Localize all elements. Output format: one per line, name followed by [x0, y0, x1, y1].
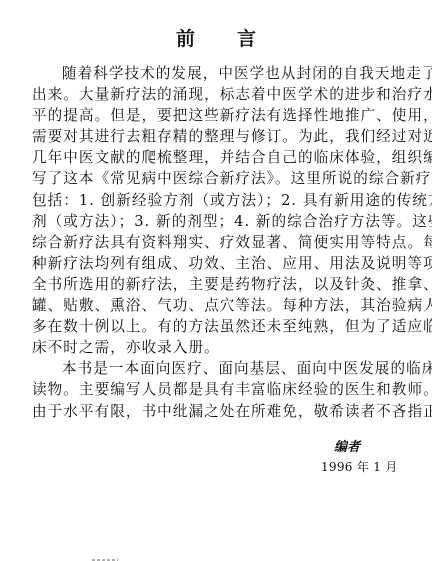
document-page: 前言 随着科学技术的发展，中医学也从封闭的自我天地走了 出来。大量新疗法的涌现，…	[0, 0, 432, 561]
paragraph-1: 随着科学技术的发展，中医学也从封闭的自我天地走了 出来。大量新疗法的涌现，标志着…	[32, 63, 394, 358]
preface-body: 随着科学技术的发展，中医学也从封闭的自我天地走了 出来。大量新疗法的涌现，标志着…	[32, 63, 394, 422]
title-char-1: 前	[176, 24, 195, 51]
text-line: 床不时之需，亦收录入册。	[32, 337, 394, 358]
text-line: 包括：1. 创新经验方剂（或方法）；2. 具有新用途的传统方	[32, 190, 394, 211]
text-line: 写了这本《常见病中医综合新疗法》。这里所说的综合新疗法	[32, 168, 394, 189]
text-line: 全书所选用的新疗法，主要是药物疗法，以及针灸、推拿、拔	[32, 274, 394, 295]
text-line: 剂（或方法）；3. 新的剂型；4. 新的综合治疗方法等。这些	[32, 211, 394, 232]
signature-date: 1996 年 1 月	[321, 458, 398, 475]
text-line: 综合新疗法具有资料翔实、疗效显著、简便实用等特点。每	[32, 232, 394, 253]
text-line: 由于水平有限，书中纰漏之处在所难免，敬希读者不吝指正。	[32, 401, 394, 422]
page-title: 前言	[0, 24, 432, 51]
text-line: 种新疗法均列有组成、功效、主治、应用、用法及说明等项。	[32, 253, 394, 274]
text-line: 多在数十例以上。有的方法虽然还未至纯熟，但为了适应临	[32, 316, 394, 337]
text-line: 需要对其进行去粗存精的整理与修订。为此，我们经过对近	[32, 126, 394, 147]
text-line: 几年中医文献的爬梳整理，并结合自己的临床体验，组织编	[32, 147, 394, 168]
text-line: 本书是一本面向医疗、面向基层、面向中医发展的临床	[32, 358, 394, 379]
text-line: 读物。主要编写人员都是具有丰富临床经验的医生和教师。但	[32, 379, 394, 400]
paragraph-2: 本书是一本面向医疗、面向基层、面向中医发展的临床 读物。主要编写人员都是具有丰富…	[32, 358, 394, 421]
title-char-2: 言	[237, 24, 256, 51]
text-line: 随着科学技术的发展，中医学也从封闭的自我天地走了	[32, 63, 394, 84]
signature-author: 编者	[334, 436, 360, 455]
text-line: 出来。大量新疗法的涌现，标志着中医学术的进步和治疗水	[32, 84, 394, 105]
text-line: 罐、贴敷、熏浴、气功、点穴等法。每种方法，其治验病人	[32, 295, 394, 316]
text-line: 平的提高。但是，要把这些新疗法有选择性地推广、使用，还	[32, 105, 394, 126]
